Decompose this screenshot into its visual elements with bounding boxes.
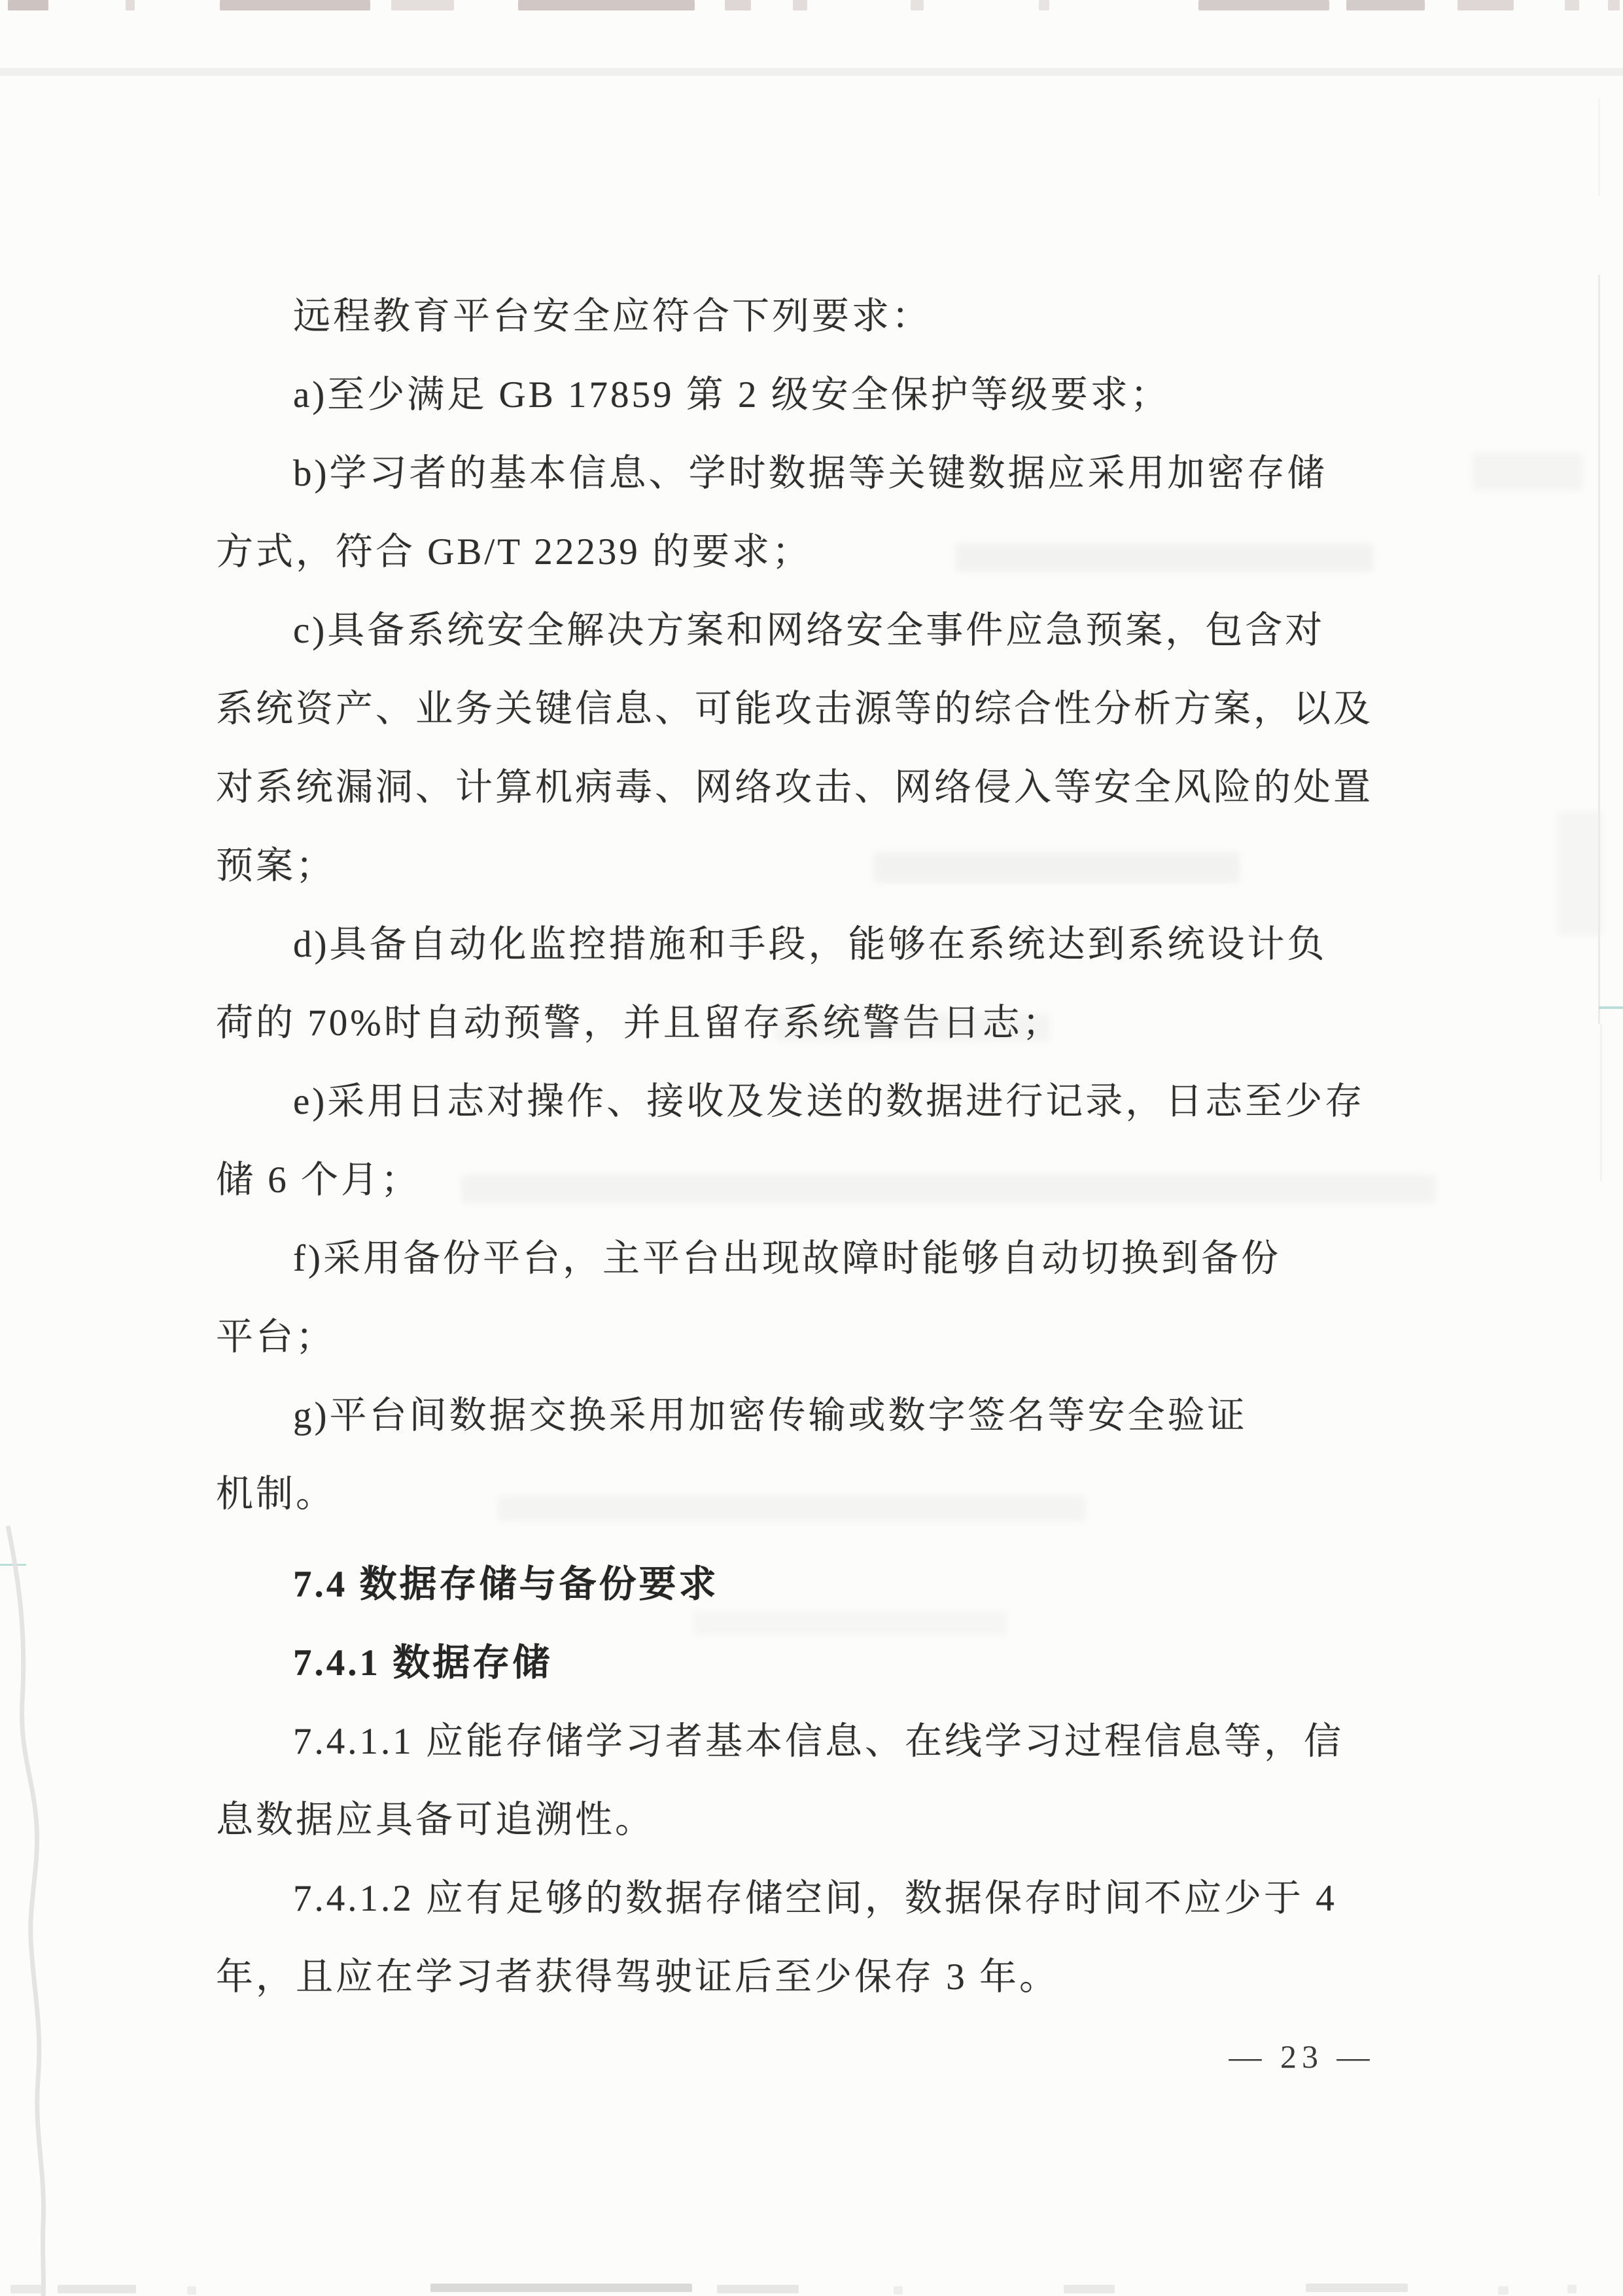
scan-artifact-right-fold-line [1598,98,1600,196]
text-line: 远程教育平台安全应符合下列要求： [216,277,1410,356]
text-line: b)学习者的基本信息、学时数据等关键数据应采用加密存储 [216,434,1410,513]
text-line: 7.4.1.1 应能存储学习者基本信息、在线学习过程信息等，信 [216,1703,1410,1781]
text-line: f)采用备份平台，主平台出现故障时能够自动切换到备份 [216,1220,1410,1298]
scan-artifact-horizontal-band [0,68,1623,76]
heading-line: 7.4.1 数据存储 [216,1624,1410,1703]
text-line: e)采用日志对操作、接收及发送的数据进行记录，日志至少存 [216,1063,1410,1141]
text-line: 7.4.1.2 应有足够的数据存储空间，数据保存时间不应少于 4 [216,1860,1410,1938]
scan-artifact-left-tear [0,0,144,2296]
scan-artifact-right-fold-line [1600,1024,1602,1181]
text-line: d)具备自动化监控措施和手段，能够在系统达到系统设计负 [216,906,1410,984]
text-line: 荷的 70%时自动预警，并且留存系统警告日志； [216,984,1410,1063]
text-line: 系统资产、业务关键信息、可能攻击源等的综合性分析方案，以及 [216,670,1410,749]
text-line: 年，且应在学习者获得驾驶证后至少保存 3 年。 [216,1938,1410,2017]
text-line: 平台； [216,1298,1410,1377]
heading-line: 7.4 数据存储与备份要求 [216,1545,1410,1624]
text-line: a)至少满足 GB 17859 第 2 级安全保护等级要求； [216,356,1410,434]
text-line: c)具备系统安全解决方案和网络安全事件应急预案，包含对 [216,592,1410,670]
scanned-document-page: 远程教育平台安全应符合下列要求：a)至少满足 GB 17859 第 2 级安全保… [0,0,1623,2296]
page-number: — 23 — [1197,2034,1406,2079]
text-line: 机制。 [216,1455,1410,1534]
text-line: 息数据应具备可追溯性。 [216,1781,1410,1860]
scan-artifact-cyan-tick-right [1599,1006,1623,1009]
text-line: g)平台间数据交换采用加密传输或数字签名等安全验证 [216,1377,1410,1455]
text-line: 储 6 个月； [216,1141,1410,1220]
text-line: 方式，符合 GB/T 22239 的要求； [216,513,1410,592]
text-line: 对系统漏洞、计算机病毒、网络攻击、网络侵入等安全风险的处置 [216,749,1410,827]
document-lines: 远程教育平台安全应符合下列要求：a)至少满足 GB 17859 第 2 级安全保… [216,277,1410,2017]
text-line: 预案； [216,827,1410,906]
